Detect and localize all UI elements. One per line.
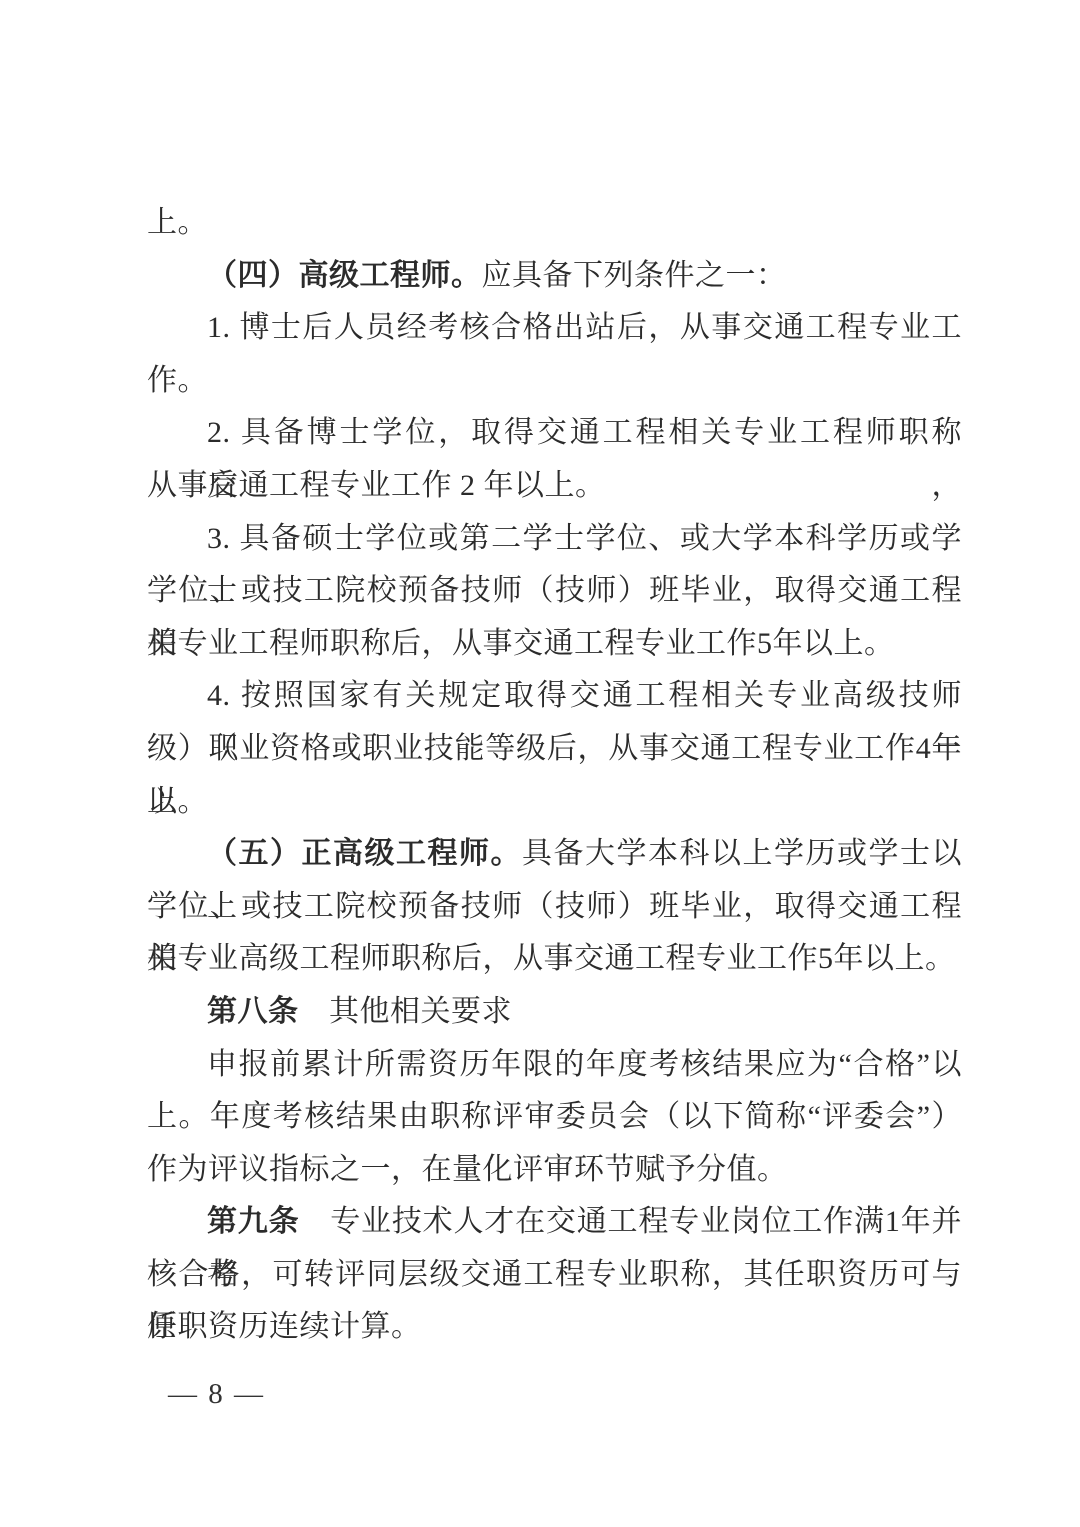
text-line: 任职资历连续计算。 [147,1301,962,1354]
text-line: 上。 [147,776,962,829]
text-line: 级）职业资格或职业技能等级后，从事交通工程专业工作4年以 [147,723,962,776]
document-body: 上。 （四）高级工程师。应具备下列条件之一： 1. 博士后人员经考核合格出站后，… [147,197,962,1414]
text-line: 学位、或技工院校预备技师（技师）班毕业，取得交通工程相 [147,565,962,618]
text-line: 关专业工程师职称后，从事交通工程专业工作5年以上。 [147,618,962,671]
text-line: 申报前累计所需资历年限的年度考核结果应为“合格”以 [147,1039,962,1092]
text-line: 上。年度考核结果由职称评审委员会（以下简称“评委会”） [147,1091,962,1144]
article-number-bold: 第九条 [207,1205,299,1238]
text-line: 第八条 其他相关要求 [147,986,962,1039]
text-line: 作为评议指标之一，在量化评审环节赋予分值。 [147,1144,962,1197]
document-page: 上。 （四）高级工程师。应具备下列条件之一： 1. 博士后人员经考核合格出站后，… [0,0,1080,1527]
text-line: 3. 具备硕士学位或第二学士学位、或大学本科学历或学士 [147,513,962,566]
text-line: 第九条 专业技术人才在交通工程专业岗位工作满1年并考 [147,1196,962,1249]
text-line: 核合格，可转评同层级交通工程专业职称，其任职资历可与原 [147,1249,962,1302]
text-line: 1. 博士后人员经考核合格出站后，从事交通工程专业工 [147,302,962,355]
text-line: 上。 [147,197,962,250]
text-line: 2. 具备博士学位，取得交通工程相关专业工程师职称后， [147,407,962,460]
text-line: 4. 按照国家有关规定取得交通工程相关专业高级技师（一 [147,670,962,723]
text-line: （五）正高级工程师。具备大学本科以上学历或学士以上 [147,828,962,881]
text-segment: 应具备下列条件之一： [482,259,787,292]
page-number: — 8 — [168,1374,962,1414]
text-line: 关专业高级工程师职称后，从事交通工程专业工作5年以上。 [147,933,962,986]
clause-heading-bold: （四）高级工程师。 [207,259,482,292]
text-line: 作。 [147,355,962,408]
clause-heading-bold: （五）正高级工程师。 [207,837,522,870]
text-segment: 其他相关要求 [299,995,513,1028]
text-line: （四）高级工程师。应具备下列条件之一： [147,250,962,303]
text-line: 学位、或技工院校预备技师（技师）班毕业，取得交通工程相 [147,881,962,934]
article-number-bold: 第八条 [207,995,299,1028]
